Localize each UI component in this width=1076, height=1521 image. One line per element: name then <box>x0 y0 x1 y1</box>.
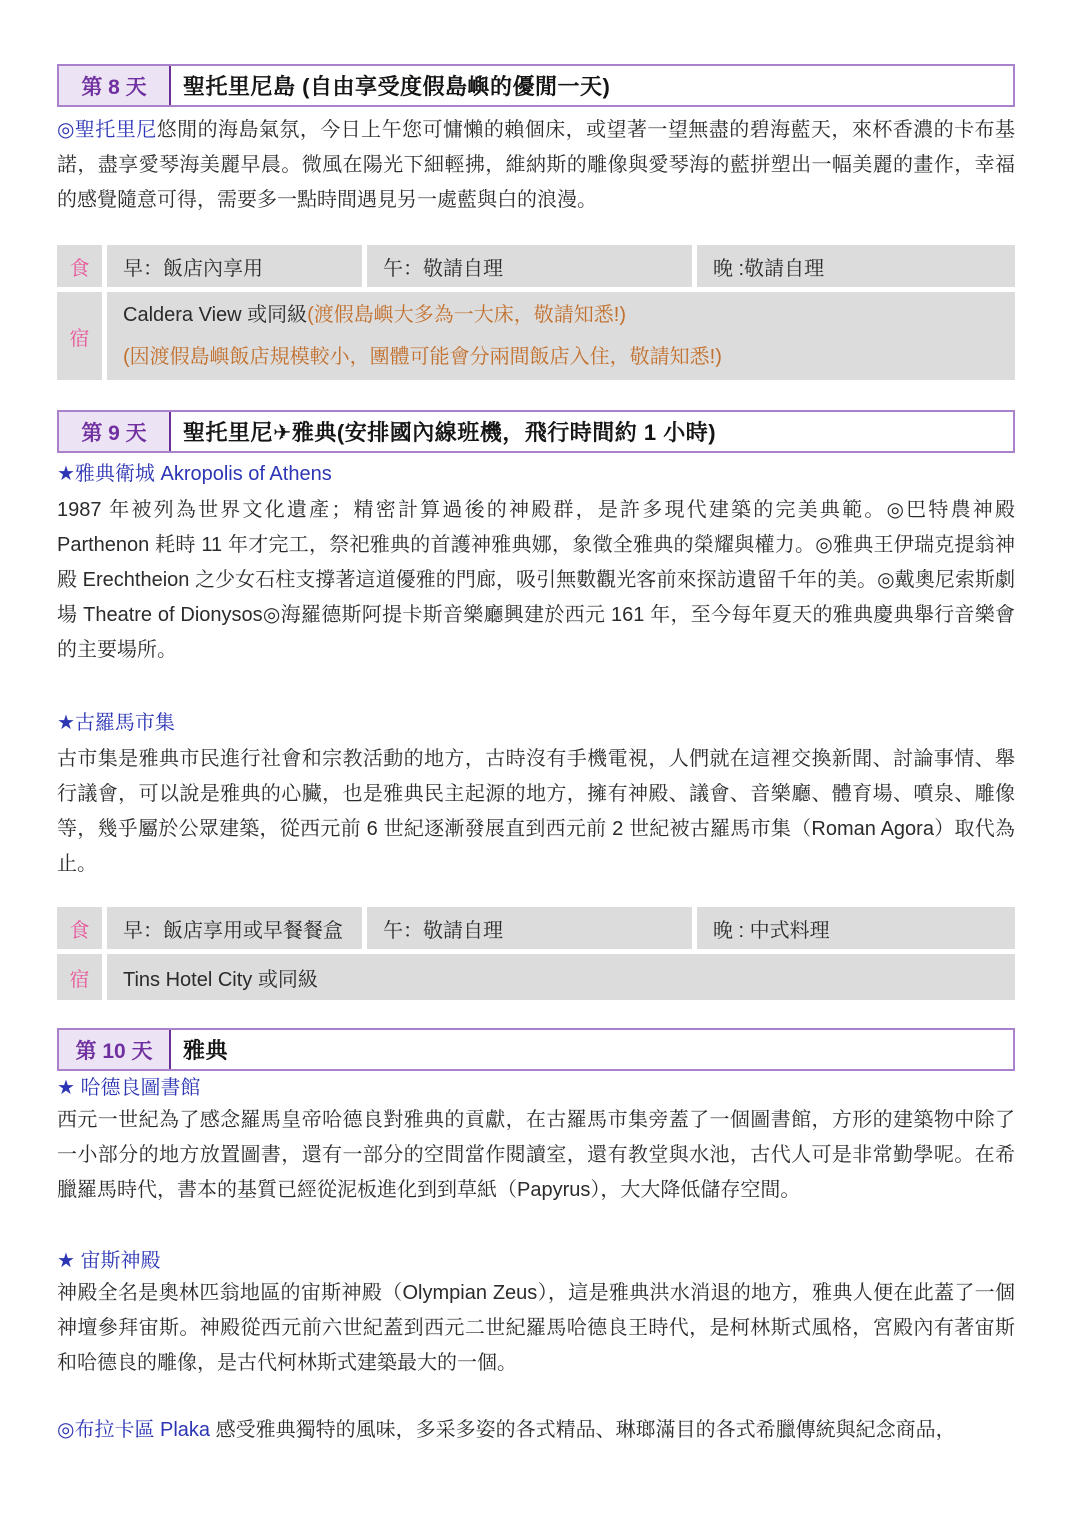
day9-info-table: 食 早：飯店享用或早餐餐盒 午：敬請自理 晚 : 中式料理 宿 Tins Hot… <box>57 907 1015 1000</box>
acropolis-heading: ★雅典衛城 Akropolis of Athens <box>57 461 1015 487</box>
day8-info-table: 食 早：飯店內享用 午：敬請自理 晚 :敬請自理 宿 Caldera View … <box>57 245 1015 380</box>
day9-meal-row-label: 食 <box>57 907 102 949</box>
day8-hotel-name: Caldera View 或同級 <box>123 304 307 326</box>
day10-header: 第 10 天 雅典 <box>57 1028 1015 1071</box>
acropolis-paragraph: 1987 年被列為世界文化遺產；精密計算過後的神殿群，是許多現代建築的完美典範。… <box>57 493 1015 668</box>
day8-hotel-note1: (渡假島嶼大多為一大床，敬請知悉!) <box>307 304 626 326</box>
day8-lunch-cell: 午：敬請自理 <box>367 245 692 287</box>
day9-title: 聖托里尼✈雅典(安排國內線班機，飛行時間約 1 小時) <box>171 412 1013 451</box>
day10-number: 第 10 天 <box>59 1030 171 1069</box>
day8-hotel-line1: Caldera View 或同級(渡假島嶼大多為一大床，敬請知悉!) <box>123 294 999 336</box>
day9-number: 第 9 天 <box>59 412 171 451</box>
day8-intro-lead: ◎聖托里尼 <box>57 119 157 141</box>
day9-breakfast-cell: 早：飯店享用或早餐餐盒 <box>107 907 362 949</box>
itinerary-page: 第 8 天 聖托里尼島 (自由享受度假島嶼的優閒一天) ◎聖托里尼悠閒的海島氣氛… <box>0 0 1076 1521</box>
day8-hotel-note2: (因渡假島嶼飯店規模較小，團體可能會分兩間飯店入住，敬請知悉!) <box>123 336 999 378</box>
zeus-temple-heading: ★ 宙斯神殿 <box>57 1248 1015 1274</box>
day9-meals-row: 食 早：飯店享用或早餐餐盒 午：敬請自理 晚 : 中式料理 <box>57 907 1015 949</box>
day8-stay-row-label: 宿 <box>57 292 102 380</box>
day9-stay-row: 宿 Tins Hotel City 或同級 <box>57 954 1015 1000</box>
day8-intro-paragraph: ◎聖托里尼悠閒的海島氣氛，今日上午您可慵懶的賴個床，或望著一望無盡的碧海藍天，來… <box>57 113 1015 218</box>
day8-header: 第 8 天 聖托里尼島 (自由享受度假島嶼的優閒一天) <box>57 64 1015 107</box>
day8-dinner-cell: 晚 :敬請自理 <box>697 245 1015 287</box>
day9-stay-row-label: 宿 <box>57 954 102 1000</box>
hadrian-library-heading: ★ 哈德良圖書館 <box>57 1075 1015 1101</box>
plaka-paragraph: ◎布拉卡區 Plaka 感受雅典獨特的風味，多采多姿的各式精品、琳瑯滿目的各式希… <box>57 1413 1015 1448</box>
hadrian-library-paragraph: 西元一世紀為了感念羅馬皇帝哈德良對雅典的貢獻，在古羅馬市集旁蓋了一個圖書館，方形… <box>57 1103 1015 1208</box>
plaka-body: 感受雅典獨特的風味，多采多姿的各式精品、琳瑯滿目的各式希臘傳統與紀念商品， <box>210 1419 956 1441</box>
roman-agora-heading: ★古羅馬市集 <box>57 710 1015 736</box>
day8-meals-row: 食 早：飯店內享用 午：敬請自理 晚 :敬請自理 <box>57 245 1015 287</box>
roman-agora-paragraph: 古市集是雅典市民進行社會和宗教活動的地方，古時沒有手機電視，人們就在這裡交換新聞… <box>57 742 1015 882</box>
day9-hotel-cell: Tins Hotel City 或同級 <box>107 954 1015 1000</box>
day9-dinner-cell: 晚 : 中式料理 <box>697 907 1015 949</box>
zeus-temple-paragraph: 神殿全名是奧林匹翁地區的宙斯神殿（Olympian Zeus），這是雅典洪水消退… <box>57 1276 1015 1381</box>
plaka-lead: ◎布拉卡區 Plaka <box>57 1419 210 1441</box>
day8-title: 聖托里尼島 (自由享受度假島嶼的優閒一天) <box>171 66 1013 105</box>
day9-lunch-cell: 午：敬請自理 <box>367 907 692 949</box>
day9-header: 第 9 天 聖托里尼✈雅典(安排國內線班機，飛行時間約 1 小時) <box>57 410 1015 453</box>
day10-title: 雅典 <box>171 1030 1013 1069</box>
day8-hotel-cell: Caldera View 或同級(渡假島嶼大多為一大床，敬請知悉!) (因渡假島… <box>107 292 1015 380</box>
day8-intro-body: 悠閒的海島氣氛，今日上午您可慵懶的賴個床，或望著一望無盡的碧海藍天，來杯香濃的卡… <box>57 119 1015 211</box>
day8-meal-row-label: 食 <box>57 245 102 287</box>
day8-number: 第 8 天 <box>59 66 171 105</box>
day8-breakfast-cell: 早：飯店內享用 <box>107 245 362 287</box>
day8-stay-row: 宿 Caldera View 或同級(渡假島嶼大多為一大床，敬請知悉!) (因渡… <box>57 292 1015 380</box>
page-content: 第 8 天 聖托里尼島 (自由享受度假島嶼的優閒一天) ◎聖托里尼悠閒的海島氣氛… <box>57 64 1015 1448</box>
